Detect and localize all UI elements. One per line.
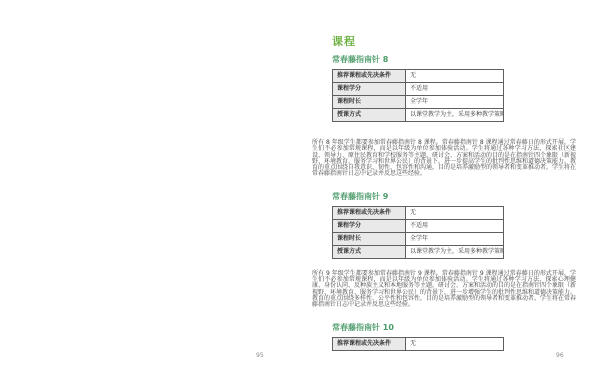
section-title-compass-10: 常春藤指南针 10 [332, 323, 576, 332]
table-row: 推荐课程或先决条件 无 [333, 206, 504, 219]
table-body: 推荐课程或先决条件 无 [333, 337, 504, 350]
row-value: 以课堂教学为主，采用多种教学策略 [406, 109, 504, 122]
row-label: 推荐课程或先决条件 [333, 337, 406, 350]
table-row: 推荐课程或先决条件 无 [333, 337, 504, 350]
row-label: 课程时长 [333, 232, 406, 245]
course-info-table-compass-8: 推荐课程或先决条件 无 课程学分 不适用 课程时长 全学年 授课方式 以课堂教学… [332, 69, 504, 122]
row-label: 课程学分 [333, 83, 406, 96]
section-title-compass-9: 常春藤指南针 9 [332, 192, 576, 201]
row-label: 课程学分 [333, 219, 406, 232]
section-paragraph-compass-8: 所有 8 年级学生都要参加常春藤指南针 8 课程。常春藤指南针 8 课程通过常春… [312, 140, 576, 178]
page-number-left: 95 [256, 353, 264, 359]
section-paragraph-compass-9: 所有 9 年级学生都要参加常春藤指南针 9 课程。常春藤指南针 9 课程通过常春… [312, 271, 576, 309]
row-value: 以课堂教学为主，采用多种教学策略 [406, 245, 504, 258]
page-left [0, 0, 300, 388]
section-title-compass-8: 常春藤指南针 8 [332, 55, 576, 64]
page-number-right: 96 [556, 353, 564, 359]
table-row: 授课方式 以课堂教学为主，采用多种教学策略 [333, 109, 504, 122]
course-info-table-compass-9: 推荐课程或先决条件 无 课程学分 不适用 课程时长 全学年 授课方式 以课堂教学… [332, 206, 504, 259]
table-row: 课程时长 全学年 [333, 96, 504, 109]
row-label: 授课方式 [333, 109, 406, 122]
document-spread: 95 课程 常春藤指南针 8 推荐课程或先决条件 无 课程学分 不适用 课程时长… [0, 0, 600, 388]
table-body: 推荐课程或先决条件 无 课程学分 不适用 课程时长 全学年 授课方式 以课堂教学… [333, 206, 504, 258]
row-label: 授课方式 [333, 245, 406, 258]
page-content: 课程 常春藤指南针 8 推荐课程或先决条件 无 课程学分 不适用 课程时长 全学… [312, 36, 576, 351]
row-value: 全学年 [406, 96, 504, 109]
row-label: 推荐课程或先决条件 [333, 206, 406, 219]
table-row: 课程时长 全学年 [333, 232, 504, 245]
row-value: 无 [406, 206, 504, 219]
row-label: 推荐课程或先决条件 [333, 70, 406, 83]
table-row: 推荐课程或先决条件 无 [333, 70, 504, 83]
course-info-table-compass-10: 推荐课程或先决条件 无 [332, 337, 504, 351]
table-row: 授课方式 以课堂教学为主，采用多种教学策略 [333, 245, 504, 258]
page-title: 课程 [332, 36, 576, 47]
row-value: 不适用 [406, 83, 504, 96]
row-label: 课程时长 [333, 96, 406, 109]
table-row: 课程学分 不适用 [333, 219, 504, 232]
table-row: 课程学分 不适用 [333, 83, 504, 96]
table-body: 推荐课程或先决条件 无 课程学分 不适用 课程时长 全学年 授课方式 以课堂教学… [333, 70, 504, 122]
row-value: 无 [406, 70, 504, 83]
row-value: 全学年 [406, 232, 504, 245]
row-value: 无 [406, 337, 504, 350]
row-value: 不适用 [406, 219, 504, 232]
